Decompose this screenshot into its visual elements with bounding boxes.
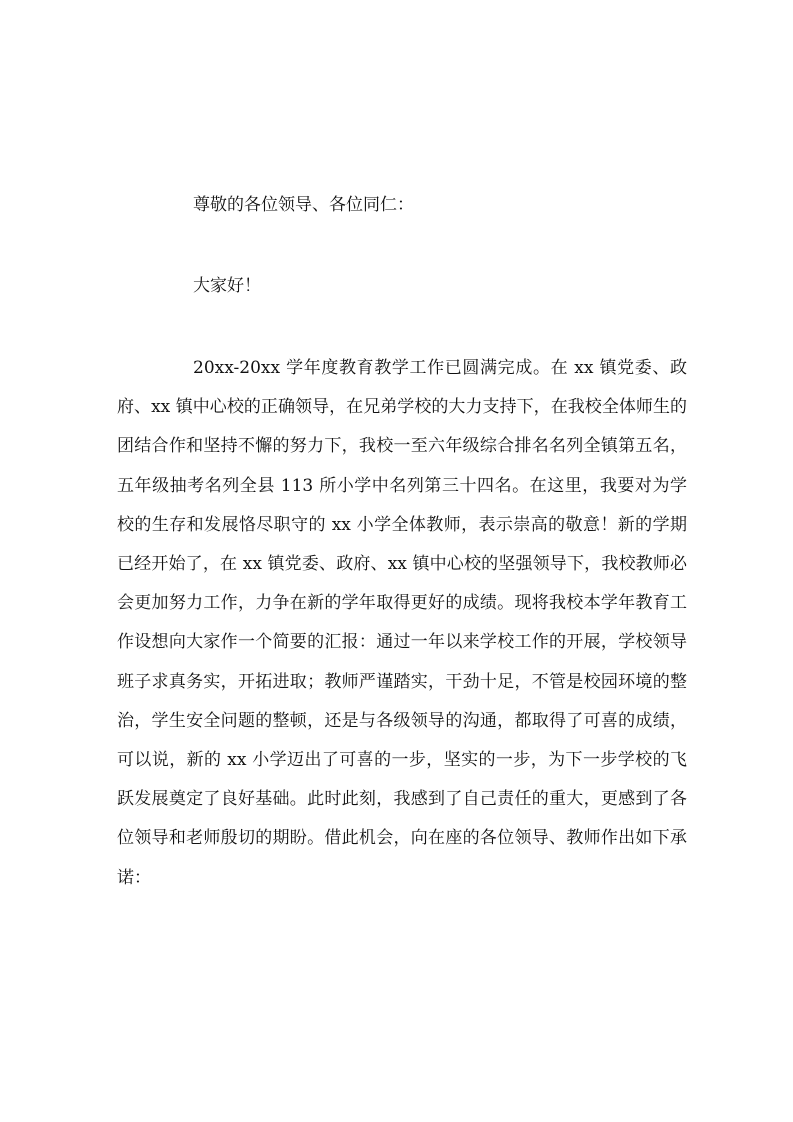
- salutation-line: 尊敬的各位领导、各位同仁：: [193, 190, 414, 215]
- greeting-line: 大家好！: [193, 271, 261, 296]
- body-paragraph: 20xx-20xx 学年度教育教学工作已圆满完成。在 xx 镇党委、政府、xx …: [117, 349, 687, 898]
